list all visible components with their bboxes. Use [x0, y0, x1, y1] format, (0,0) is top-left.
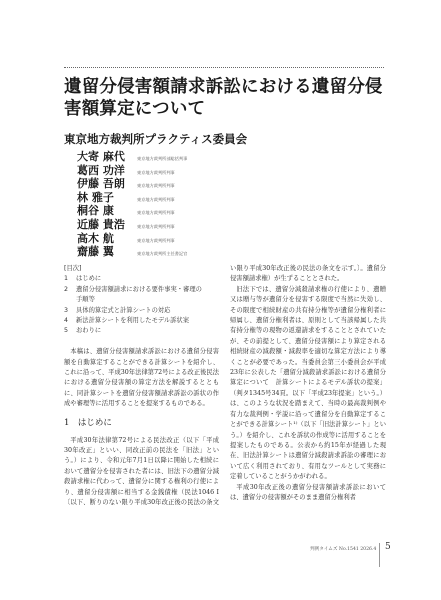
toc-item: 3具体的算定式と計算シートの対応: [64, 306, 219, 316]
abstract-paragraph: 本稿は、遺留分侵害額請求訴訟における遺留分侵害額を自動算定することができる計算シ…: [64, 347, 219, 409]
toc-item: 5おわりに: [64, 326, 219, 336]
member-item: 近藤 貴浩東京地方裁判所判事: [77, 216, 187, 230]
toc-label: 手順等: [76, 295, 95, 305]
toc-label: 新法計算シートを利用したモデル訴状案: [76, 316, 189, 326]
member-name: 齋藤 翼: [77, 243, 121, 259]
journal-footer: 判例タイムズ No.1541 2026.4: [310, 546, 376, 552]
toc-number: 1: [64, 274, 76, 284]
toc-item: 2遺留分侵害額請求における要件事実・審理の: [64, 285, 219, 295]
article-title: 遺留分侵害額請求訴訟における遺留分侵害額算定について: [64, 76, 394, 120]
toc-item-continuation: 手順等: [64, 295, 219, 305]
member-item: 桐谷 康東京地方裁判所判事: [77, 202, 187, 216]
member-item: 大寄 麻代東京地方裁判所部総括判事: [77, 148, 187, 162]
member-list: 大寄 麻代東京地方裁判所部総括判事 葛西 功洋東京地方裁判所判事 伊藤 吾朗東京…: [77, 148, 187, 257]
member-item: 齋藤 翼東京地方裁判所主任書記官: [77, 243, 187, 257]
toc-label: おわりに: [76, 326, 101, 336]
page-divider: [379, 543, 380, 567]
member-role: 東京地方裁判所判事: [137, 183, 175, 189]
toc-number: 3: [64, 306, 76, 316]
toc-item: 1はじめに: [64, 274, 219, 284]
toc-label: 具体的算定式と計算シートの対応: [76, 306, 170, 316]
right-column: い限り平成30年改正後の民法の条文を示す。〕。遺留分侵害額請求権）が生ずることと…: [230, 264, 386, 503]
body-paragraph: い限り平成30年改正後の民法の条文を示す。〕。遺留分侵害額請求権）が生ずることと…: [230, 264, 386, 285]
title-dotted-rule: [64, 67, 384, 68]
toc-number: 5: [64, 326, 76, 336]
toc-heading: [目次]: [64, 264, 219, 274]
toc-label: 遺留分侵害額請求における要件事実・審理の: [76, 285, 202, 295]
member-role: 東京地方裁判所判事: [137, 170, 175, 176]
member-role: 東京地方裁判所判事: [137, 210, 175, 216]
committee-name: 東京地方裁判所プラクティス委員会: [64, 131, 247, 147]
page-number: 5: [385, 542, 391, 552]
member-role: 東京地方裁判所判事: [137, 197, 175, 203]
section-heading: 1 はじめに: [64, 416, 219, 430]
toc-label: はじめに: [76, 274, 101, 284]
body-paragraph: 旧法下では、遺留分減殺請求権の行使により、遺贈又は贈与等が遺留分を侵害する限度で…: [230, 285, 386, 483]
body-paragraph: 平成30年法律第72号による民法改正（以下「平成30年改正」といい、同改正前の民…: [64, 436, 219, 509]
toc-number: 2: [64, 285, 76, 295]
member-item: 高木 航東京地方裁判所判事: [77, 230, 187, 244]
member-role: 東京地方裁判所主任書記官: [137, 251, 187, 257]
member-role: 東京地方裁判所部総括判事: [137, 156, 187, 162]
member-item: 林 雅子東京地方裁判所判事: [77, 189, 187, 203]
member-item: 伊藤 吾朗東京地方裁判所判事: [77, 175, 187, 189]
left-column: [目次] 1はじめに 2遺留分侵害額請求における要件事実・審理の 手順等 3具体…: [64, 264, 219, 509]
toc-number: 4: [64, 316, 76, 326]
member-role: 東京地方裁判所判事: [137, 238, 175, 244]
member-role: 東京地方裁判所判事: [137, 224, 175, 230]
body-paragraph: 平成30年改正後の遺留分侵害額請求訴訟においては、遺留分の侵害額がそのまま遺留分…: [230, 483, 386, 504]
toc-item: 4新法計算シートを利用したモデル訴状案: [64, 316, 219, 326]
member-item: 葛西 功洋東京地方裁判所判事: [77, 162, 187, 176]
